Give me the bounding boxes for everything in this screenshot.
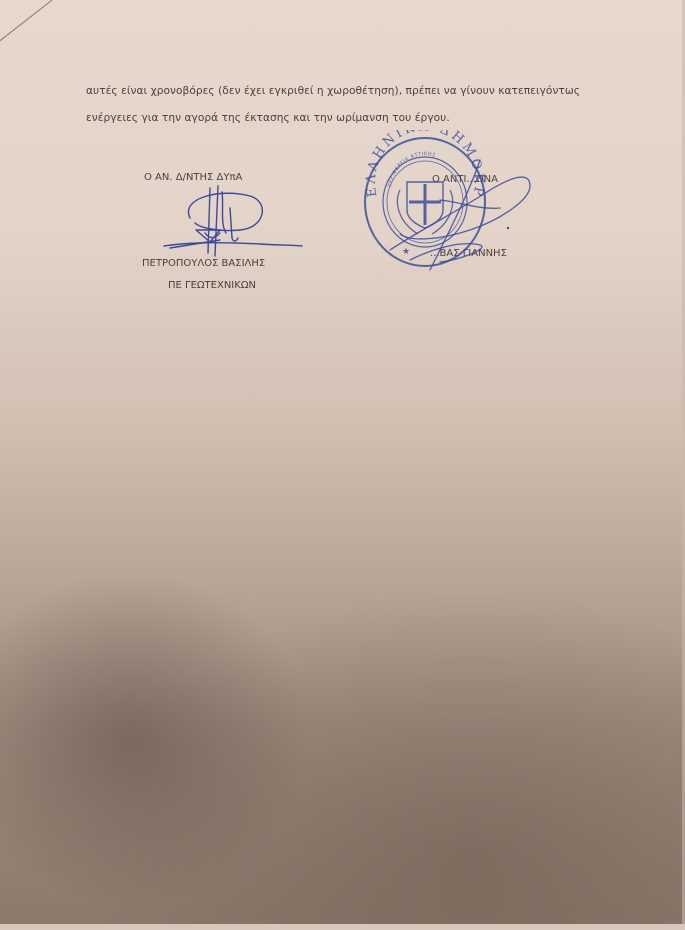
left-signature-icon [160,178,310,258]
body-line: ενέργειες για την αγορά της έκτασης και … [86,105,626,132]
left-signatory-name: ΠΕΤΡΟΠΟΥΛΟΣ ΒΑΣΙΛΗΣ [142,258,265,269]
left-signatory-title: ΠΕ ΓΕΩΤΕΧΝΙΚΩΝ [168,280,256,291]
page-edge-bottom [0,924,685,930]
document-photo: αυτές είναι χρονοβόρες (δεν έχει εγκριθε… [0,0,685,930]
body-paragraph: αυτές είναι χρονοβόρες (δεν έχει εγκριθε… [86,78,626,132]
body-line: αυτές είναι χρονοβόρες (δεν έχει εγκριθε… [86,78,626,105]
right-signature-icon [380,150,550,280]
page-fold-line [0,0,93,49]
